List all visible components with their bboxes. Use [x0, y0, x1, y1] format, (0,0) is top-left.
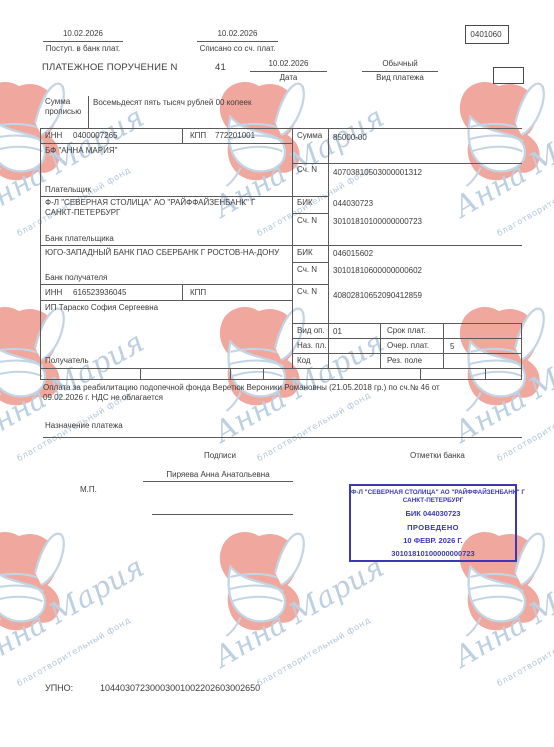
amount-value: 85000-00: [333, 133, 367, 143]
signature-line: [152, 514, 293, 515]
payment-type-checkbox: [493, 67, 524, 84]
table-line: [40, 284, 328, 285]
debited-date: 10.02.2026: [197, 29, 278, 39]
payee-bank-name: ЮГО-ЗАПАДНЫЙ БАНК ПАО СБЕРБАНК Г РОСТОВ-…: [45, 248, 279, 258]
payer-kpp-label: КПП: [190, 131, 206, 141]
table-line: [40, 300, 292, 301]
stamp-bik: БИК 044030723: [351, 509, 515, 518]
table-line: [380, 323, 381, 368]
document-number: 41: [215, 63, 226, 73]
payer-bank-account-label: Сч. N: [297, 216, 317, 226]
payer-inn: 0400007265: [73, 131, 118, 141]
rule: [88, 96, 89, 128]
table-line: [40, 245, 522, 246]
table-line: [328, 128, 329, 368]
payee-account: 40802810652090412859: [333, 291, 422, 301]
op-type-value: 01: [333, 327, 342, 337]
payment-type-label: Вид платежа: [362, 73, 438, 83]
amount-in-words: Восемьдесят пять тысяч рублей 00 копеек: [93, 98, 251, 108]
table-line: [443, 323, 444, 368]
date-label: Дата: [250, 73, 327, 83]
table-line: [420, 368, 421, 379]
priority-value: 5: [450, 342, 454, 352]
table-line: [40, 128, 41, 380]
payment-purpose-text: Оплата за реабилитацию подопечной фонда …: [43, 383, 480, 402]
bank-marks-label: Отметки банка: [410, 451, 465, 461]
payee-account-label: Сч. N: [297, 287, 317, 297]
payment-order-document: Анна Мария благотворительный фонд Анна М…: [0, 0, 554, 747]
payer-name: БФ "АННА МАРИЯ": [45, 146, 117, 156]
document-date: 10.02.2026: [250, 59, 327, 69]
table-line: [292, 163, 522, 164]
payer-bank-bik-label: БИК: [297, 198, 313, 208]
payer-bank-label: Банк плательщика: [45, 234, 114, 244]
stamp-bank-name: Ф-Л "СЕВЕРНАЯ СТОЛИЦА" АО "РАЙФФАЙЗЕНБАН…: [351, 489, 515, 496]
payer-label: Плательщик: [45, 185, 91, 195]
upno-label: УПНО:: [45, 684, 73, 694]
op-type-label: Вид оп.: [297, 326, 325, 336]
table-line: [521, 323, 522, 379]
payee-bank-label: Банк получателя: [45, 273, 107, 283]
table-line: [40, 379, 522, 380]
payer-bank-name: Ф-Л "СЕВЕРНАЯ СТОЛИЦА" АО "РАЙФФАЙЗЕНБАН…: [45, 198, 265, 217]
reserve-field-label: Рез. поле: [387, 356, 422, 366]
payee-bank-bik: 046015602: [333, 249, 373, 259]
table-line: [292, 262, 328, 263]
table-line: [292, 338, 522, 339]
priority-label: Очер. плат.: [387, 341, 429, 351]
stamp-status: ПРОВЕДЕНО: [351, 523, 515, 532]
payer-account: 40703810503000001312: [333, 168, 422, 178]
amount-label: Сумма: [297, 131, 322, 141]
table-line: [182, 284, 183, 300]
table-line: [263, 368, 264, 379]
payer-bank-bik: 044030723: [333, 199, 373, 209]
table-line: [292, 128, 293, 368]
bank-stamp: Ф-Л "СЕВЕРНАЯ СТОЛИЦА" АО "РАЙФФАЙЗЕНБАН…: [349, 484, 517, 562]
payee-kpp-label: КПП: [190, 288, 206, 298]
payment-type-value: Обычный: [362, 59, 438, 69]
code-label: Код: [297, 356, 311, 366]
stamp-date: 10 ФЕВР. 2026 Г.: [351, 536, 515, 545]
payer-kpp: 772201001: [215, 131, 255, 141]
stamp-account: 30101810100000000723: [351, 549, 515, 558]
payee-label: Получатель: [45, 356, 89, 366]
rule: [43, 437, 522, 438]
table-line: [40, 196, 328, 197]
payment-purpose-label: Назначение платежа: [45, 421, 123, 431]
payee-bank-account: 30101810600000000602: [333, 266, 422, 276]
upno-value: 10440307230003001002202603002650: [100, 684, 260, 694]
table-line: [292, 353, 522, 354]
amount-in-words-label: Сумма прописью: [45, 97, 87, 116]
table-line: [292, 323, 522, 324]
table-line: [140, 368, 141, 379]
rule: [362, 71, 438, 72]
rule: [43, 41, 123, 42]
payer-account-label: Сч. N: [297, 165, 317, 175]
table-line: [40, 368, 522, 369]
signer-name: Пиряева Анна Анатольевна: [143, 470, 293, 480]
rule: [250, 71, 327, 72]
signature-line: [143, 481, 293, 482]
payee-bank-bik-label: БИК: [297, 248, 313, 258]
rule: [197, 41, 278, 42]
payee-inn: 616523936045: [73, 288, 126, 298]
received-in-bank-label: Поступ. в банк плат.: [40, 44, 126, 54]
pay-term-label: Срок плат.: [387, 326, 426, 336]
stamp-place-label: М.П.: [80, 485, 97, 495]
debited-label: Списано со сч. плат.: [193, 44, 282, 54]
signatures-label: Подписи: [160, 451, 280, 461]
table-line: [292, 213, 328, 214]
payee-name: ИП Тараско София Сергеевна: [45, 303, 158, 313]
payee-inn-label: ИНН: [45, 288, 62, 298]
payer-bank-account: 30101810100000000723: [333, 217, 422, 227]
table-line: [40, 128, 522, 129]
payer-inn-label: ИНН: [45, 131, 62, 141]
table-line: [485, 368, 486, 379]
table-line: [40, 143, 292, 144]
form-number: 0401060: [465, 30, 507, 40]
document-title: ПЛАТЕЖНОЕ ПОРУЧЕНИЕ N: [42, 63, 178, 73]
payee-bank-account-label: Сч. N: [297, 265, 317, 275]
purpose-code-label: Наз. пл.: [297, 341, 326, 351]
received-in-bank-date: 10.02.2026: [43, 29, 123, 39]
stamp-bank-name-2: САНКТ-ПЕТЕРБУРГ: [351, 497, 515, 504]
table-line: [182, 128, 183, 143]
table-line: [230, 368, 231, 379]
